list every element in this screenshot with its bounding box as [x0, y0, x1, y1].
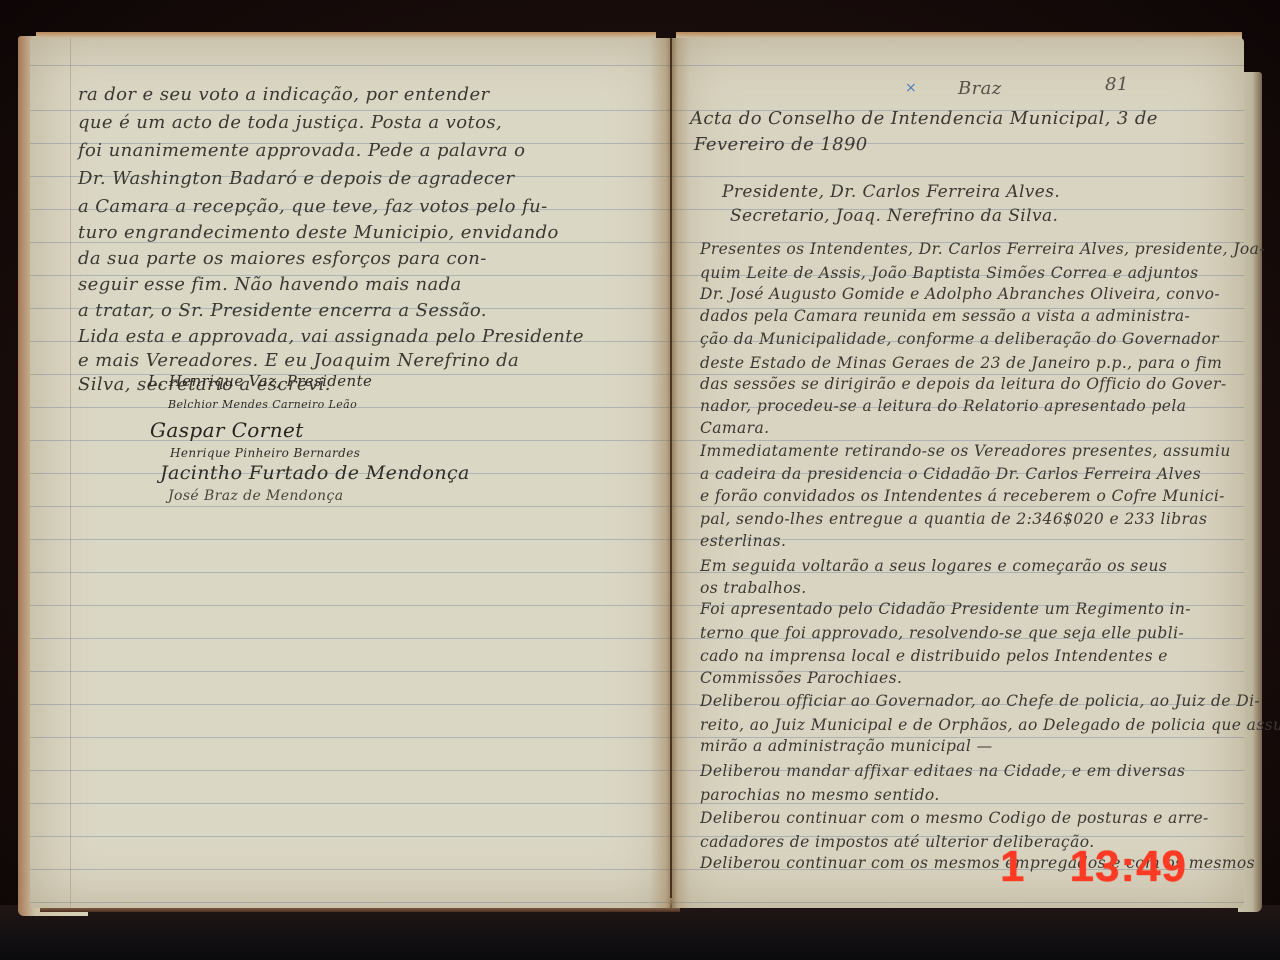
- manuscript-line: Deliberou continuar com o mesmo Codigo d…: [700, 809, 1209, 827]
- manuscript-line: Lida esta e approvada, vai assignada pel…: [78, 326, 584, 347]
- stamp-day: 1: [1000, 842, 1025, 891]
- signature: José Braz de Mendonça: [168, 488, 343, 504]
- manuscript-line: esterlinas.: [700, 532, 786, 550]
- manuscript-line: Deliberou mandar affixar editaes na Cida…: [700, 762, 1185, 780]
- manuscript-line: cado na imprensa local e distribuido pel…: [700, 647, 1168, 665]
- officer-president: Presidente, Dr. Carlos Ferreira Alves.: [722, 182, 1060, 202]
- blue-x-mark: ×: [905, 80, 917, 96]
- signature: Gaspar Cornet: [150, 418, 304, 442]
- manuscript-line: terno que foi approvado, resolvendo-se q…: [700, 624, 1184, 642]
- manuscript-line: dados pela Camara reunida em sessão a vi…: [700, 307, 1190, 325]
- officer-secretary: Secretario, Joaq. Nerefrino da Silva.: [730, 206, 1058, 226]
- page-number: 81: [1105, 74, 1129, 95]
- manuscript-line: deste Estado de Minas Geraes de 23 de Ja…: [700, 354, 1222, 372]
- signature: Henrique Pinheiro Bernardes: [170, 446, 360, 460]
- manuscript-line: Immediatamente retirando-se os Vereadore…: [700, 442, 1231, 460]
- manuscript-line: os trabalhos.: [700, 579, 807, 597]
- manuscript-line: Presentes os Intendentes, Dr. Carlos Fer…: [700, 240, 1265, 258]
- manuscript-line: foi unanimemente approvada. Pede a palav…: [78, 140, 525, 161]
- signature: Belchior Mendes Carneiro Leão: [168, 398, 357, 411]
- minutes-title-date: Fevereiro de 1890: [694, 134, 868, 155]
- camera-date-stamp: 113:49: [1000, 845, 1187, 889]
- manuscript-line: a tratar, o Sr. Presidente encerra a Ses…: [78, 300, 487, 321]
- manuscript-line: das sessões se dirigirão e depois da lei…: [700, 375, 1227, 393]
- manuscript-line: e mais Vereadores. E eu Joaquim Nerefrin…: [78, 350, 519, 371]
- stamp-time: 13:49: [1069, 842, 1187, 891]
- manuscript-line: turo engrandecimento deste Municipio, en…: [78, 222, 559, 243]
- manuscript-line: reito, ao Juiz Municipal e de Orphãos, a…: [700, 716, 1280, 734]
- manuscript-line: ra dor e seu voto a indicação, por enten…: [78, 84, 490, 105]
- manuscript-line: e forão convidados os Intendentes á rece…: [700, 487, 1225, 505]
- manuscript-line: parochias no mesmo sentido.: [700, 786, 940, 804]
- manuscript-line: Dr. Washington Badaró e depois de agrade…: [78, 168, 514, 189]
- manuscript-line: pal, sendo-lhes entregue a quantia de 2:…: [700, 510, 1207, 528]
- manuscript-line: Commissões Parochiaes.: [700, 669, 902, 687]
- minutes-title: Acta do Conselho de Intendencia Municipa…: [690, 108, 1158, 129]
- manuscript-line: Deliberou officiar ao Governador, ao Che…: [700, 692, 1260, 710]
- manuscript-line: Dr. José Augusto Gomide e Adolpho Abranc…: [700, 285, 1220, 303]
- signature-president: L. Henrique Vaz, Presidente: [148, 372, 372, 390]
- signature: Jacintho Furtado de Mendonça: [160, 462, 470, 484]
- manuscript-line: Camara.: [700, 419, 769, 437]
- header-annotation: Braz: [958, 78, 1002, 99]
- manuscript-line: nador, procedeu-se a leitura do Relatori…: [700, 397, 1186, 415]
- manuscript-line: a Camara a recepção, que teve, faz votos…: [78, 196, 548, 217]
- manuscript-line: mirão a administração municipal —: [700, 737, 993, 755]
- manuscript-line: seguir esse fim. Não havendo mais nada: [78, 274, 462, 295]
- manuscript-line: Em seguida voltarão a seus logares e com…: [700, 557, 1167, 575]
- manuscript-line: a cadeira da presidencia o Cidadão Dr. C…: [700, 465, 1201, 483]
- manuscript-line: que é um acto de toda justiça. Posta a v…: [78, 112, 502, 133]
- manuscript-line: Foi apresentado pelo Cidadão Presidente …: [700, 600, 1191, 618]
- manuscript-line: da sua parte os maiores esforços para co…: [78, 248, 487, 269]
- manuscript-line: ção da Municipalidade, conforme a delibe…: [700, 330, 1219, 348]
- book-cover-bottom: [0, 905, 1280, 960]
- manuscript-line: quim Leite de Assis, João Baptista Simõe…: [700, 264, 1198, 282]
